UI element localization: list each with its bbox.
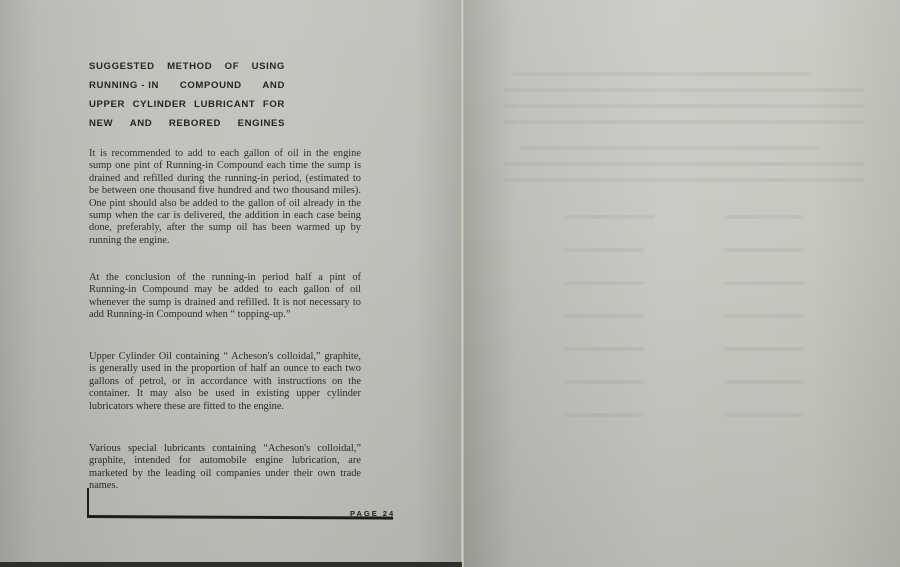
paragraph-special-lubricants: Various special lubricants containing “A… xyxy=(89,443,361,493)
heading-word: RUNNING - IN xyxy=(89,76,159,95)
show-through-text xyxy=(564,248,644,252)
heading-word: COMPOUND xyxy=(180,76,242,95)
heading-line: SUGGESTEDMETHODOFUSING xyxy=(89,57,285,76)
page-number: PAGE 24 xyxy=(350,509,395,518)
booklet-spread: SUGGESTEDMETHODOFUSING RUNNING - INCOMPO… xyxy=(0,0,900,567)
heading-word: AND xyxy=(262,76,285,95)
right-page xyxy=(464,0,900,567)
heading-word: ENGINES xyxy=(238,114,285,133)
paragraph-running-in-dosage: It is recommended to add to each gallon … xyxy=(89,148,361,247)
show-through-text xyxy=(564,281,644,285)
heading-word: AND xyxy=(130,114,153,133)
show-through-text xyxy=(724,215,804,219)
footer-rule-vertical xyxy=(87,488,89,516)
paragraph-after-running-in: At the conclusion of the running-in peri… xyxy=(89,272,361,322)
paragraph-upper-cylinder-oil: Upper Cylinder Oil containing “ Acheson'… xyxy=(89,351,361,413)
show-through-text xyxy=(724,281,804,285)
show-through-text xyxy=(564,380,644,384)
show-through-text xyxy=(724,413,804,417)
heading-word: METHOD xyxy=(167,57,212,76)
show-through-text xyxy=(504,162,864,166)
section-heading: SUGGESTEDMETHODOFUSING RUNNING - INCOMPO… xyxy=(89,57,285,133)
show-through-text xyxy=(504,178,864,182)
heading-word: CYLINDER xyxy=(133,95,187,114)
heading-word: NEW xyxy=(89,114,113,133)
heading-line: NEWANDREBOREDENGINES xyxy=(89,114,285,133)
show-through-text xyxy=(564,314,644,318)
heading-word: UPPER xyxy=(89,95,125,114)
show-through-text xyxy=(724,248,804,252)
show-through-text xyxy=(564,215,654,219)
show-through-text xyxy=(520,146,820,150)
page-bottom-edge xyxy=(0,562,462,567)
show-through-text xyxy=(504,120,864,124)
show-through-text xyxy=(564,413,644,417)
heading-line: UPPERCYLINDERLUBRICANTFOR xyxy=(89,95,285,114)
heading-word: FOR xyxy=(263,95,285,114)
show-through-text xyxy=(724,380,804,384)
left-page: SUGGESTEDMETHODOFUSING RUNNING - INCOMPO… xyxy=(0,0,462,562)
show-through-text xyxy=(504,88,864,92)
heading-word: LUBRICANT xyxy=(194,95,255,114)
heading-word: SUGGESTED xyxy=(89,57,155,76)
show-through-text xyxy=(564,347,644,351)
heading-word: USING xyxy=(252,57,285,76)
show-through-text xyxy=(512,72,812,76)
heading-word: OF xyxy=(225,57,240,76)
heading-line: RUNNING - INCOMPOUNDAND xyxy=(89,76,285,95)
show-through-text xyxy=(724,314,804,318)
footer-rule-horizontal xyxy=(87,515,393,520)
heading-word: REBORED xyxy=(169,114,221,133)
show-through-text xyxy=(504,104,864,108)
show-through-text xyxy=(724,347,804,351)
